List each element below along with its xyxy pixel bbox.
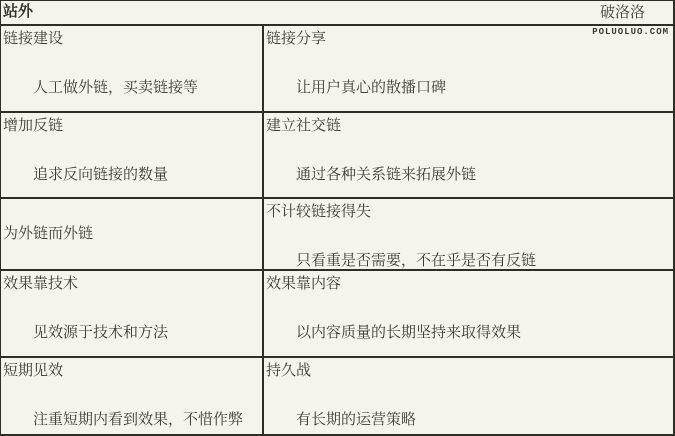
cell-desc: 追求反向链接的数量 <box>3 166 260 184</box>
cell-build-social-links: 建立社交链 通过各种关系链来拓展外链 <box>264 113 673 197</box>
table-header: 站外 破洛洛 <box>1 1 673 26</box>
cell-title: 短期见效 <box>3 362 260 380</box>
cell-title: 链接建设 <box>3 30 260 48</box>
cell-desc: 只看重是否需要，不在乎是否有反链 <box>266 252 671 269</box>
cell-ignore-link-gains: 不计较链接得失 只看重是否需要，不在乎是否有反链 <box>264 199 673 269</box>
cell-short-term-results: 短期见效 注重短期内看到效果，不惜作弊 <box>1 358 264 434</box>
cell-desc: 以内容质量的长期坚持来取得效果 <box>266 324 671 342</box>
cell-link-building: 链接建设 人工做外链，买卖链接等 <box>1 26 264 111</box>
table-row: 链接建设 人工做外链，买卖链接等 链接分享 让用户真心的散播口碑 <box>1 26 673 113</box>
table-row: 短期见效 注重短期内看到效果，不惜作弊 持久战 有长期的运营策略 <box>1 358 673 434</box>
cell-title: 不计较链接得失 <box>266 203 671 221</box>
watermark-domain: POLUOLUO.COM <box>592 27 669 37</box>
cell-title: 效果靠技术 <box>3 275 260 293</box>
cell-title: 效果靠内容 <box>266 275 671 293</box>
page-title: 站外 <box>3 3 33 20</box>
cell-desc: 通过各种关系链来拓展外链 <box>266 166 671 184</box>
cell-desc: 让用户真心的散播口碑 <box>266 79 671 97</box>
comparison-table-page: 站外 破洛洛 POLUOLUO.COM 链接建设 人工做外链，买卖链接等 链接分… <box>0 0 675 436</box>
cell-desc: 注重短期内看到效果，不惜作弊 <box>3 411 260 429</box>
cell-title: 为外链而外链 <box>3 225 93 243</box>
cell-desc: 有长期的运营策略 <box>266 411 671 429</box>
table-row: 效果靠技术 见效源于技术和方法 效果靠内容 以内容质量的长期坚持来取得效果 <box>1 271 673 358</box>
cell-desc: 见效源于技术和方法 <box>3 324 260 342</box>
table-row: 为外链而外链 不计较链接得失 只看重是否需要，不在乎是否有反链 <box>1 199 673 271</box>
cell-increase-backlinks: 增加反链 追求反向链接的数量 <box>1 113 264 197</box>
table-row: 增加反链 追求反向链接的数量 建立社交链 通过各种关系链来拓展外链 <box>1 113 673 199</box>
comparison-table: 链接建设 人工做外链，买卖链接等 链接分享 让用户真心的散播口碑 增加反链 追求… <box>1 26 673 434</box>
cell-title: 建立社交链 <box>266 117 671 135</box>
watermark-site-name: 破洛洛 <box>600 4 645 21</box>
cell-desc: 人工做外链，买卖链接等 <box>3 79 260 97</box>
cell-links-for-links-sake: 为外链而外链 <box>1 199 264 269</box>
cell-long-term-battle: 持久战 有长期的运营策略 <box>264 358 673 434</box>
cell-title: 增加反链 <box>3 117 260 135</box>
cell-results-by-content: 效果靠内容 以内容质量的长期坚持来取得效果 <box>264 271 673 356</box>
cell-title: 持久战 <box>266 362 671 380</box>
cell-link-sharing: 链接分享 让用户真心的散播口碑 <box>264 26 673 111</box>
cell-results-by-technique: 效果靠技术 见效源于技术和方法 <box>1 271 264 356</box>
